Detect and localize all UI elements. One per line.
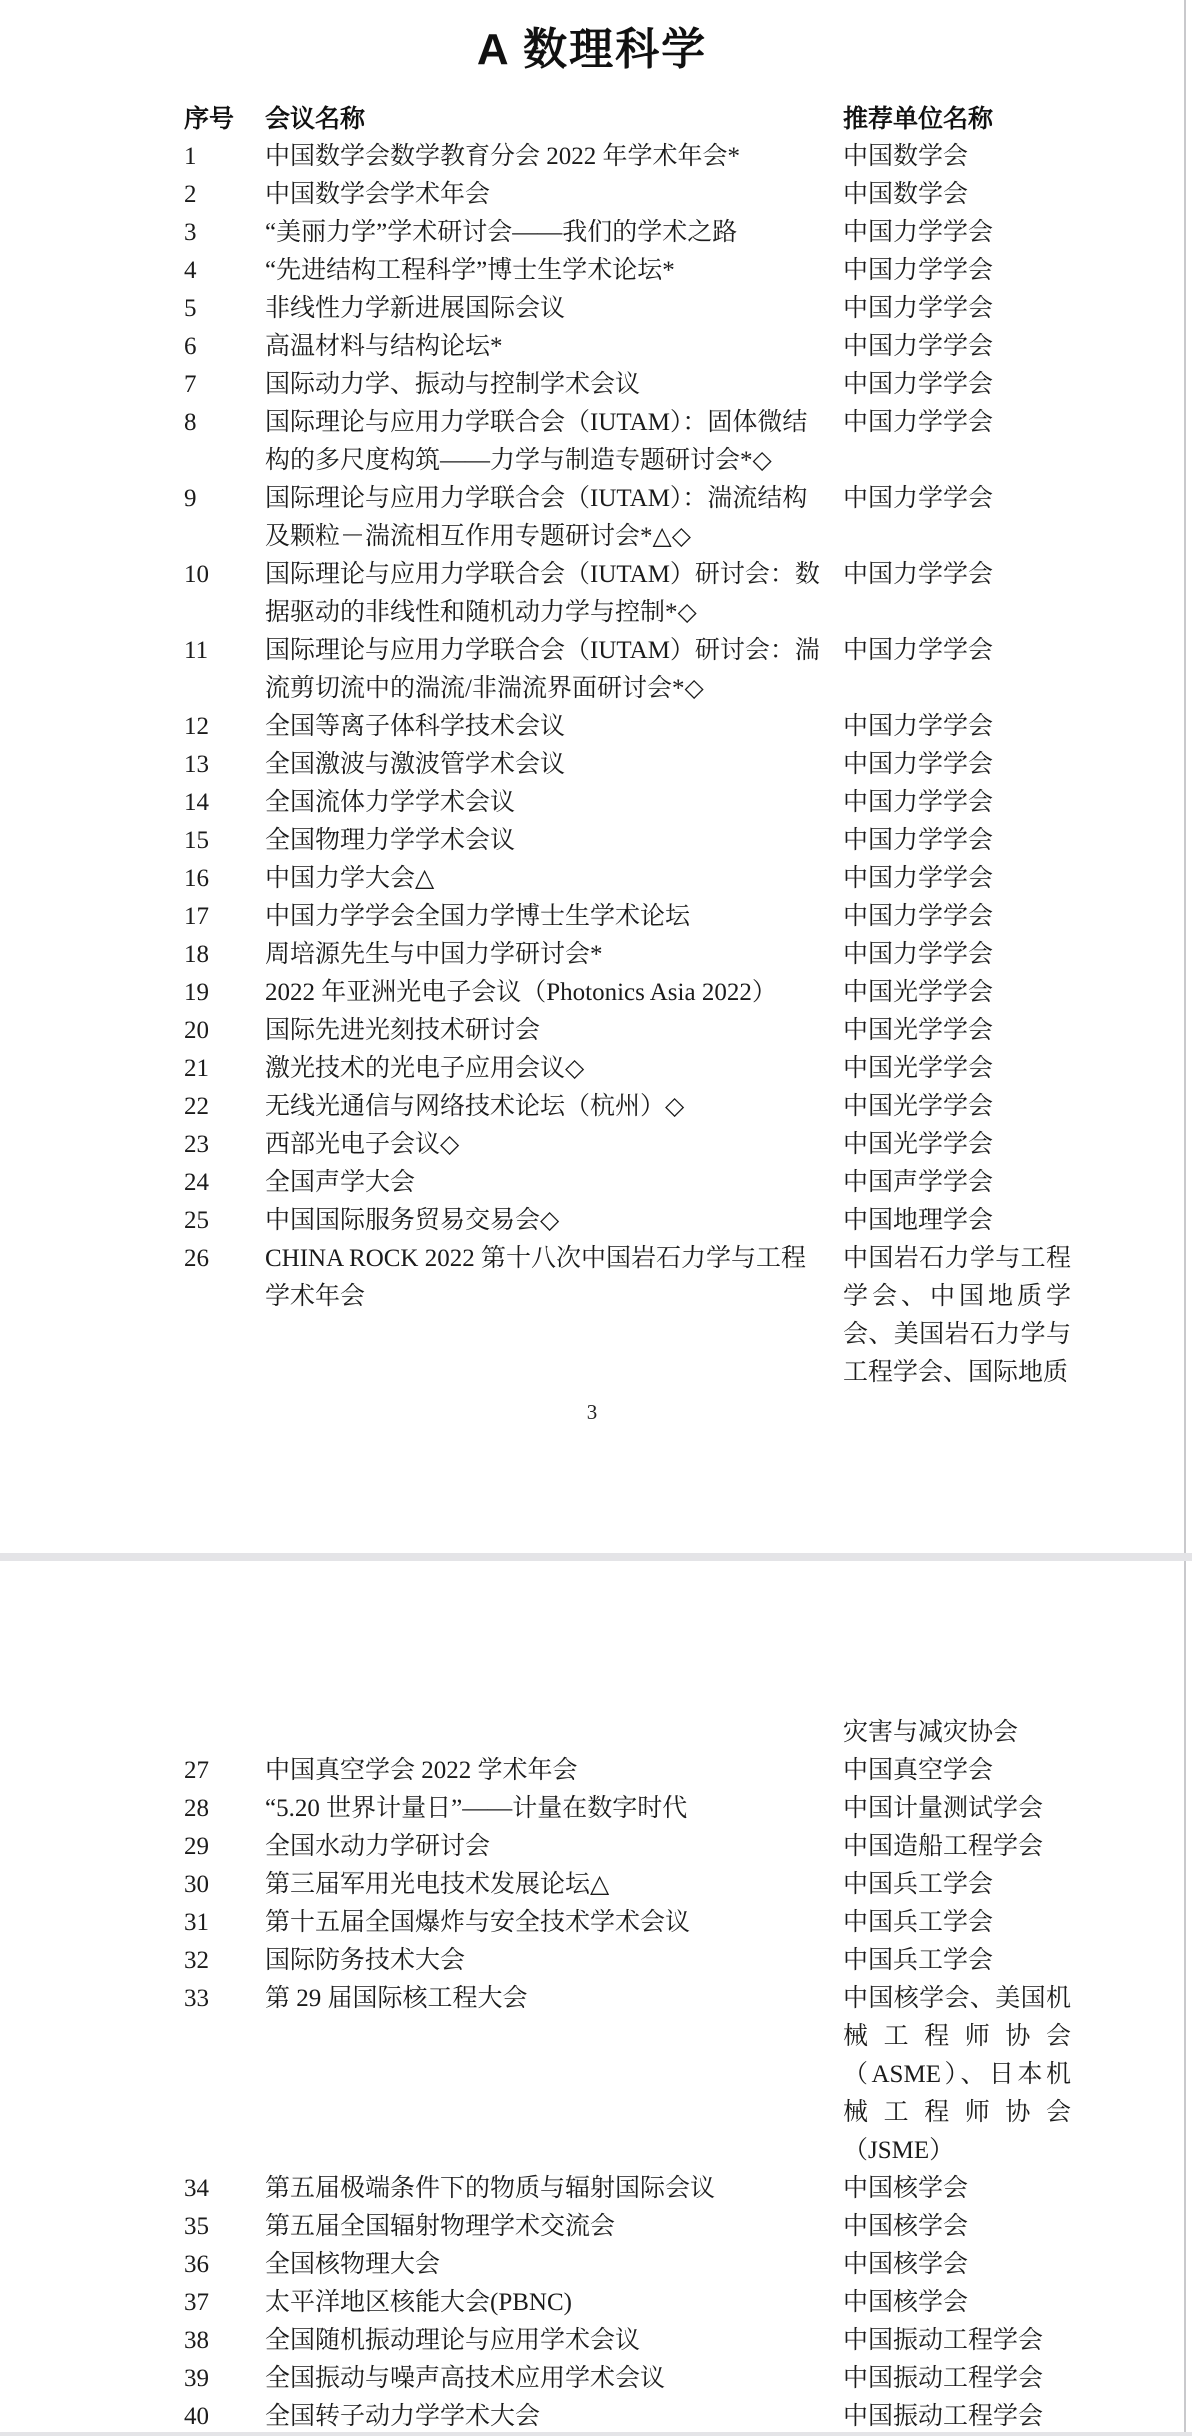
table-row: 12 全国等离子体科学技术会议 中国力学学会 — [184, 708, 1184, 746]
table-row: 35 第五届全国辐射物理学术交流会 中国核学会 — [184, 2208, 1184, 2246]
table-body-page1: 1 中国数学会数学教育分会 2022 年学术年会* 中国数学会 2 中国数学会学… — [184, 138, 1184, 1392]
row-name-cell: 全国水动力学研讨会 — [265, 1828, 843, 1866]
table-row: 7 国际动力学、振动与控制学术会议 中国力学学会 — [184, 366, 1184, 404]
table-row: 31 第十五届全国爆炸与安全技术学术会议 中国兵工学会 — [184, 1904, 1184, 1942]
table-row: 21 激光技术的光电子应用会议◇ 中国光学学会 — [184, 1050, 1184, 1088]
row-num-cell: 18 — [184, 936, 265, 974]
section-title: A 数理科学 — [0, 22, 1184, 78]
table-row: 18 周培源先生与中国力学研讨会* 中国力学学会 — [184, 936, 1184, 974]
table-row: 15 全国物理力学学术会议 中国力学学会 — [184, 822, 1184, 860]
row-org-cell: 中国力学学会 — [843, 784, 1071, 822]
row-name-cell: 周培源先生与中国力学研讨会* — [265, 936, 843, 974]
header-num: 序号 — [184, 100, 265, 138]
row-num-cell: 17 — [184, 898, 265, 936]
row-org-cell: 中国力学学会 — [843, 708, 1071, 746]
row-org-cell: 中国振动工程学会 — [843, 2360, 1071, 2398]
row-org-cell: 中国数学会 — [843, 138, 1071, 176]
table-row: 5 非线性力学新进展国际会议 中国力学学会 — [184, 290, 1184, 328]
table-row: 9 国际理论与应用力学联合会（IUTAM）：湍流结构及颗粒－湍流相互作用专题研讨… — [184, 480, 1184, 556]
row-org-cell: 中国力学学会 — [843, 632, 1071, 670]
row-num-cell: 26 — [184, 1240, 265, 1278]
row-org-cell: 中国真空学会 — [843, 1752, 1071, 1790]
table-row: 灾害与减灾协会 — [184, 1714, 1184, 1752]
table-row: 11 国际理论与应用力学联合会（IUTAM）研讨会：湍流剪切流中的湍流/非湍流界… — [184, 632, 1184, 708]
table-row: 20 国际先进光刻技术研讨会 中国光学学会 — [184, 1012, 1184, 1050]
row-org-cell: 中国力学学会 — [843, 366, 1071, 404]
document-viewport: A 数理科学 序号 会议名称 推荐单位名称 1 中国数学会数学教育分会 2022… — [0, 0, 1192, 2436]
row-num-cell: 32 — [184, 1942, 265, 1980]
row-org-cell: 中国兵工学会 — [843, 1942, 1071, 1980]
table-row: 34 第五届极端条件下的物质与辐射国际会议 中国核学会 — [184, 2170, 1184, 2208]
row-org-cell: 中国核学会 — [843, 2170, 1071, 2208]
row-name-cell: 国际先进光刻技术研讨会 — [265, 1012, 843, 1050]
row-num-cell: 37 — [184, 2284, 265, 2322]
row-org-cell: 中国核学会 — [843, 2208, 1071, 2246]
table-row: 3 “美丽力学”学术研讨会——我们的学术之路 中国力学学会 — [184, 214, 1184, 252]
row-name-cell: 第五届全国辐射物理学术交流会 — [265, 2208, 843, 2246]
row-num-cell: 19 — [184, 974, 265, 1012]
row-org-cell: 中国力学学会 — [843, 404, 1071, 442]
row-org-cell: 中国力学学会 — [843, 480, 1071, 518]
table-row: 22 无线光通信与网络技术论坛（杭州）◇ 中国光学学会 — [184, 1088, 1184, 1126]
table-row: 28 “5.20 世界计量日”——计量在数字时代 中国计量测试学会 — [184, 1790, 1184, 1828]
row-name-cell: 全国激波与激波管学术会议 — [265, 746, 843, 784]
conference-table-page2: 灾害与减灾协会 27 中国真空学会 2022 学术年会 中国真空学会 28 “5… — [184, 1714, 1184, 2432]
row-org-cell: 中国力学学会 — [843, 936, 1071, 974]
row-num-cell: 24 — [184, 1164, 265, 1202]
row-num-cell: 13 — [184, 746, 265, 784]
row-name-cell: “5.20 世界计量日”——计量在数字时代 — [265, 1790, 843, 1828]
row-num-cell: 36 — [184, 2246, 265, 2284]
table-row: 27 中国真空学会 2022 学术年会 中国真空学会 — [184, 1752, 1184, 1790]
row-org-cell: 中国光学学会 — [843, 1012, 1071, 1050]
table-row: 17 中国力学学会全国力学博士生学术论坛 中国力学学会 — [184, 898, 1184, 936]
row-name-cell: 全国声学大会 — [265, 1164, 843, 1202]
table-header-row: 序号 会议名称 推荐单位名称 — [184, 100, 1184, 138]
row-name-cell: 第三届军用光电技术发展论坛△ — [265, 1866, 843, 1904]
row-name-cell: 全国转子动力学学术大会 — [265, 2398, 843, 2432]
row-name-cell: 高温材料与结构论坛* — [265, 328, 843, 366]
row-name-cell: 中国国际服务贸易交易会◇ — [265, 1202, 843, 1240]
row-num-cell: 39 — [184, 2360, 265, 2398]
row-org-cell: 中国振动工程学会 — [843, 2398, 1071, 2432]
row-org-cell: 灾害与减灾协会 — [843, 1714, 1071, 1752]
page-separator — [0, 1553, 1192, 1561]
row-name-cell: 全国核物理大会 — [265, 2246, 843, 2284]
row-num-cell: 29 — [184, 1828, 265, 1866]
table-row: 19 2022 年亚洲光电子会议（Photonics Asia 2022） 中国… — [184, 974, 1184, 1012]
row-num-cell: 1 — [184, 138, 265, 176]
table-row: 24 全国声学大会 中国声学学会 — [184, 1164, 1184, 1202]
row-name-cell: 第五届极端条件下的物质与辐射国际会议 — [265, 2170, 843, 2208]
row-num-cell: 2 — [184, 176, 265, 214]
row-org-cell: 中国兵工学会 — [843, 1904, 1071, 1942]
row-name-cell: 全国随机振动理论与应用学术会议 — [265, 2322, 843, 2360]
table-row: 29 全国水动力学研讨会 中国造船工程学会 — [184, 1828, 1184, 1866]
row-org-cell: 中国兵工学会 — [843, 1866, 1071, 1904]
row-num-cell: 7 — [184, 366, 265, 404]
row-name-cell: 2022 年亚洲光电子会议（Photonics Asia 2022） — [265, 974, 843, 1012]
table-row: 23 西部光电子会议◇ 中国光学学会 — [184, 1126, 1184, 1164]
row-num-cell: 33 — [184, 1980, 265, 2018]
row-num-cell: 11 — [184, 632, 265, 670]
table-row: 16 中国力学大会△ 中国力学学会 — [184, 860, 1184, 898]
row-num-cell: 6 — [184, 328, 265, 366]
page-3: A 数理科学 序号 会议名称 推荐单位名称 1 中国数学会数学教育分会 2022… — [0, 0, 1186, 1553]
row-name-cell: 西部光电子会议◇ — [265, 1126, 843, 1164]
table-row: 30 第三届军用光电技术发展论坛△ 中国兵工学会 — [184, 1866, 1184, 1904]
row-org-cell: 中国造船工程学会 — [843, 1828, 1071, 1866]
row-name-cell: 国际理论与应用力学联合会（IUTAM）研讨会：数据驱动的非线性和随机动力学与控制… — [265, 556, 843, 632]
row-num-cell: 10 — [184, 556, 265, 594]
row-name-cell: 中国真空学会 2022 学术年会 — [265, 1752, 843, 1790]
row-num-cell: 25 — [184, 1202, 265, 1240]
row-org-cell: 中国地理学会 — [843, 1202, 1071, 1240]
row-name-cell: 国际防务技术大会 — [265, 1942, 843, 1980]
row-name-cell: 国际理论与应用力学联合会（IUTAM）：湍流结构及颗粒－湍流相互作用专题研讨会*… — [265, 480, 843, 556]
row-org-cell: 中国力学学会 — [843, 328, 1071, 366]
row-num-cell: 27 — [184, 1752, 265, 1790]
row-num-cell: 3 — [184, 214, 265, 252]
table-row: 36 全国核物理大会 中国核学会 — [184, 2246, 1184, 2284]
row-name-cell: 全国等离子体科学技术会议 — [265, 708, 843, 746]
row-name-cell: 全国流体力学学术会议 — [265, 784, 843, 822]
row-name-cell: 激光技术的光电子应用会议◇ — [265, 1050, 843, 1088]
row-num-cell: 12 — [184, 708, 265, 746]
row-name-cell: 全国物理力学学术会议 — [265, 822, 843, 860]
row-num-cell: 40 — [184, 2398, 265, 2432]
row-num-cell: 21 — [184, 1050, 265, 1088]
row-num-cell: 8 — [184, 404, 265, 442]
row-name-cell: 国际动力学、振动与控制学术会议 — [265, 366, 843, 404]
row-name-cell: 全国振动与噪声高技术应用学术会议 — [265, 2360, 843, 2398]
table-row: 8 国际理论与应用力学联合会（IUTAM）：固体微结构的多尺度构筑——力学与制造… — [184, 404, 1184, 480]
row-name-cell: 第 29 届国际核工程大会 — [265, 1980, 843, 2018]
row-org-cell: 中国光学学会 — [843, 1050, 1071, 1088]
table-row: 39 全国振动与噪声高技术应用学术会议 中国振动工程学会 — [184, 2360, 1184, 2398]
header-name: 会议名称 — [265, 100, 843, 138]
row-org-cell: 中国核学会 — [843, 2284, 1071, 2322]
row-name-cell: 中国数学会数学教育分会 2022 年学术年会* — [265, 138, 843, 176]
row-num-cell: 9 — [184, 480, 265, 518]
row-num-cell: 16 — [184, 860, 265, 898]
row-name-cell: 第十五届全国爆炸与安全技术学术会议 — [265, 1904, 843, 1942]
row-num-cell: 34 — [184, 2170, 265, 2208]
table-row: 6 高温材料与结构论坛* 中国力学学会 — [184, 328, 1184, 366]
row-num-cell: 20 — [184, 1012, 265, 1050]
header-org: 推荐单位名称 — [843, 100, 1071, 138]
table-row: 32 国际防务技术大会 中国兵工学会 — [184, 1942, 1184, 1980]
table-row: 4 “先进结构工程科学”博士生学术论坛* 中国力学学会 — [184, 252, 1184, 290]
row-num-cell: 30 — [184, 1866, 265, 1904]
row-num-cell: 35 — [184, 2208, 265, 2246]
row-org-cell: 中国力学学会 — [843, 822, 1071, 860]
row-org-cell: 中国核学会、美国机械工程师协会（ASME）、日本机械工程师协会（JSME） — [843, 1980, 1071, 2170]
row-num-cell: 14 — [184, 784, 265, 822]
bottom-page-edge — [0, 2432, 1192, 2436]
table-row: 1 中国数学会数学教育分会 2022 年学术年会* 中国数学会 — [184, 138, 1184, 176]
row-org-cell: 中国力学学会 — [843, 556, 1071, 594]
row-org-cell: 中国力学学会 — [843, 214, 1071, 252]
row-name-cell: 中国力学学会全国力学博士生学术论坛 — [265, 898, 843, 936]
row-name-cell: 无线光通信与网络技术论坛（杭州）◇ — [265, 1088, 843, 1126]
row-name-cell: 中国力学大会△ — [265, 860, 843, 898]
row-org-cell: 中国核学会 — [843, 2246, 1071, 2284]
table-row: 13 全国激波与激波管学术会议 中国力学学会 — [184, 746, 1184, 784]
table-row: 37 太平洋地区核能大会(PBNC) 中国核学会 — [184, 2284, 1184, 2322]
row-num-cell: 23 — [184, 1126, 265, 1164]
conference-table-page1: 序号 会议名称 推荐单位名称 1 中国数学会数学教育分会 2022 年学术年会*… — [184, 100, 1184, 1392]
table-row: 14 全国流体力学学术会议 中国力学学会 — [184, 784, 1184, 822]
row-name-cell: “先进结构工程科学”博士生学术论坛* — [265, 252, 843, 290]
table-row: 2 中国数学会学术年会 中国数学会 — [184, 176, 1184, 214]
row-name-cell: 非线性力学新进展国际会议 — [265, 290, 843, 328]
table-row: 40 全国转子动力学学术大会 中国振动工程学会 — [184, 2398, 1184, 2432]
row-org-cell: 中国岩石力学与工程学会、中国地质学会、美国岩石力学与工程学会、国际地质 — [843, 1240, 1071, 1392]
row-org-cell: 中国数学会 — [843, 176, 1071, 214]
row-org-cell: 中国力学学会 — [843, 746, 1071, 784]
row-org-cell: 中国振动工程学会 — [843, 2322, 1071, 2360]
row-org-cell: 中国光学学会 — [843, 1088, 1071, 1126]
row-name-cell: 太平洋地区核能大会(PBNC) — [265, 2284, 843, 2322]
row-org-cell: 中国光学学会 — [843, 1126, 1071, 1164]
table-row: 25 中国国际服务贸易交易会◇ 中国地理学会 — [184, 1202, 1184, 1240]
row-org-cell: 中国力学学会 — [843, 860, 1071, 898]
row-org-cell: 中国声学学会 — [843, 1164, 1071, 1202]
row-name-cell: 国际理论与应用力学联合会（IUTAM）研讨会：湍流剪切流中的湍流/非湍流界面研讨… — [265, 632, 843, 708]
page-4: 灾害与减灾协会 27 中国真空学会 2022 学术年会 中国真空学会 28 “5… — [0, 1561, 1186, 2432]
row-num-cell: 22 — [184, 1088, 265, 1126]
row-name-cell: “美丽力学”学术研讨会——我们的学术之路 — [265, 214, 843, 252]
row-num-cell: 38 — [184, 2322, 265, 2360]
row-num-cell: 4 — [184, 252, 265, 290]
row-name-cell: CHINA ROCK 2022 第十八次中国岩石力学与工程学术年会 — [265, 1240, 843, 1316]
table-row: 26 CHINA ROCK 2022 第十八次中国岩石力学与工程学术年会 中国岩… — [184, 1240, 1184, 1392]
row-num-cell: 5 — [184, 290, 265, 328]
row-num-cell: 31 — [184, 1904, 265, 1942]
row-org-cell: 中国计量测试学会 — [843, 1790, 1071, 1828]
page-number: 3 — [0, 1400, 1184, 1424]
row-org-cell: 中国力学学会 — [843, 290, 1071, 328]
table-row: 33 第 29 届国际核工程大会 中国核学会、美国机械工程师协会（ASME）、日… — [184, 1980, 1184, 2170]
row-org-cell: 中国力学学会 — [843, 252, 1071, 290]
table-row: 10 国际理论与应用力学联合会（IUTAM）研讨会：数据驱动的非线性和随机动力学… — [184, 556, 1184, 632]
row-org-cell: 中国光学学会 — [843, 974, 1071, 1012]
row-org-cell: 中国力学学会 — [843, 898, 1071, 936]
row-name-cell: 中国数学会学术年会 — [265, 176, 843, 214]
row-num-cell: 15 — [184, 822, 265, 860]
table-row: 38 全国随机振动理论与应用学术会议 中国振动工程学会 — [184, 2322, 1184, 2360]
row-name-cell: 国际理论与应用力学联合会（IUTAM）：固体微结构的多尺度构筑——力学与制造专题… — [265, 404, 843, 480]
table-body-page2: 灾害与减灾协会 27 中国真空学会 2022 学术年会 中国真空学会 28 “5… — [184, 1714, 1184, 2432]
row-num-cell: 28 — [184, 1790, 265, 1828]
